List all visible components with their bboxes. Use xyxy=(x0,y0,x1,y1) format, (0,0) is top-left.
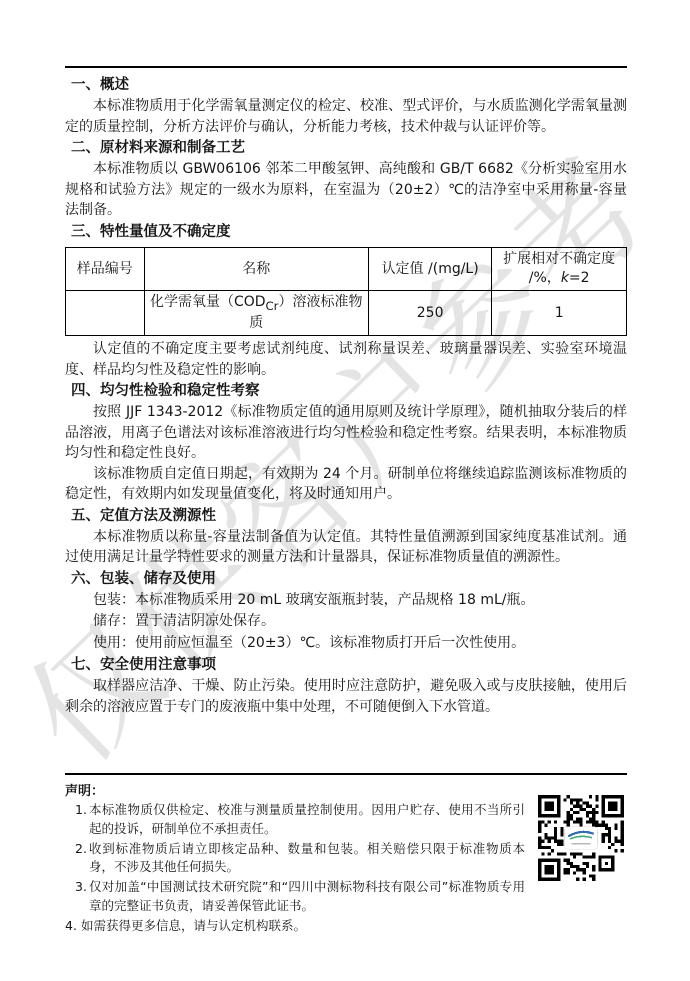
header-uncertainty-line1: 扩展相对不确定度 xyxy=(503,251,615,267)
declaration-item-2-text: 收到标准物质后请立即核定品种、数量和包装。相关赔偿只限于标准物质本身，不涉及其他… xyxy=(89,840,525,878)
characteristic-value-table: 样品编号 名称 认定值 /(mg/L) 扩展相对不确定度/%，k=2 化学需氧量… xyxy=(65,247,627,336)
cell-name-sub: Cr xyxy=(266,299,279,313)
declaration-text: 声明： 1. 本标准物质仅供检定、校准与测量质量控制使用。因用户贮存、使用不当所… xyxy=(65,780,525,936)
declaration-item-1-text: 本标准物质仅供检定、校准与测量质量控制使用。因用户贮存、使用不当所引起的投诉，研… xyxy=(89,801,525,839)
header-name: 名称 xyxy=(144,248,368,291)
section-5-paragraph: 本标准物质以称量-容量法制备值为认定值。其特性量值溯源到国家纯度基准试剂。通过使… xyxy=(65,527,627,568)
header-sample-no: 样品编号 xyxy=(66,248,145,291)
section-7-paragraph: 取样器应洁净、干燥、防止污染。使用时应注意防护，避免吸入或与皮肤接触，使用后剩余… xyxy=(65,676,627,717)
table-header-row: 样品编号 名称 认定值 /(mg/L) 扩展相对不确定度/%，k=2 xyxy=(66,248,627,291)
certificate-page: { "watermark": { "text": "仅供客户参考", "colo… xyxy=(0,0,690,981)
section-3-heading: 三、特性量值及不确定度 xyxy=(71,222,627,242)
qr-logo xyxy=(565,827,598,849)
declaration-item-3-number: 3. xyxy=(65,878,89,916)
section-1-paragraph: 本标准物质用于化学需氧量测定仪的检定、校准、型式评价，与水质监测化学需氧量测定的… xyxy=(65,96,627,137)
declaration-item-4-number: 4. xyxy=(65,917,81,936)
header-certified-value: 认定值 /(mg/L) xyxy=(368,248,491,291)
declaration-section: 声明： 1. 本标准物质仅供检定、校准与测量质量控制使用。因用户贮存、使用不当所… xyxy=(65,773,627,936)
section-1-heading: 一、概述 xyxy=(71,75,627,95)
section-6-heading: 六、包装、储存及使用 xyxy=(71,569,627,589)
declaration-item-1-number: 1. xyxy=(65,801,89,839)
section-2-paragraph: 本标准物质以 GBW06106 邻苯二甲酸氢钾、高纯酸和 GB/T 6682《分… xyxy=(65,159,627,220)
qr-code xyxy=(535,792,627,884)
document-body: 一、概述 本标准物质用于化学需氧量测定仪的检定、校准、型式评价，与水质监测化学需… xyxy=(65,66,627,717)
section-4-heading: 四、均匀性检验和稳定性考察 xyxy=(71,381,627,401)
section-4-paragraph-2: 该标准物质自定值日期起，有效期为 24 个月。研制单位将继续追踪监测该标准物质的… xyxy=(65,464,627,505)
cell-name: 化学需氧量（CODCr）溶液标准物质 xyxy=(144,290,368,335)
section-2-heading: 二、原材料来源和制备工艺 xyxy=(71,138,627,158)
declaration-title: 声明： xyxy=(65,780,525,799)
header-uncertainty-k: k xyxy=(561,270,569,286)
declaration-item-4-text: 如需获得更多信息，请与认定机构联系。 xyxy=(81,917,525,936)
section-6-storage: 储存：置于清洁阴凉处保存。 xyxy=(65,611,627,632)
section-5-heading: 五、定值方法及溯源性 xyxy=(71,506,627,526)
cell-uncertainty: 1 xyxy=(492,290,627,335)
header-uncertainty-post: =2 xyxy=(569,270,590,286)
declaration-item-2: 2. 收到标准物质后请立即核定品种、数量和包装。相关赔偿只限于标准物质本身，不涉… xyxy=(65,840,525,878)
declaration-item-2-number: 2. xyxy=(65,840,89,878)
cell-sample-no xyxy=(66,290,145,335)
declaration-item-3: 3. 仅对加盖“中国测试技术研究院”和“四川中测标物科技有限公司”标准物质专用章… xyxy=(65,878,525,916)
declaration-item-3-text: 仅对加盖“中国测试技术研究院”和“四川中测标物科技有限公司”标准物质专用章的完整… xyxy=(89,878,525,916)
section-6-usage: 使用：使用前应恒温至（20±3）℃。该标准物质打开后一次性使用。 xyxy=(65,633,627,654)
declaration-item-1: 1. 本标准物质仅供检定、校准与测量质量控制使用。因用户贮存、使用不当所引起的投… xyxy=(65,801,525,839)
section-3-paragraph: 认定值的不确定度主要考虑试剂纯度、试剂称量误差、玻璃量器误差、实验室环境温度、样… xyxy=(65,339,627,380)
table-data-row: 化学需氧量（CODCr）溶液标准物质 250 1 xyxy=(66,290,627,335)
section-4-paragraph-1: 按照 JJF 1343-2012《标准物质定值的通用原则及统计学原理》，随机抽取… xyxy=(65,402,627,463)
header-uncertainty-pre: /%， xyxy=(529,270,561,286)
qr-code-svg xyxy=(535,792,627,884)
section-6-packaging: 包装：本标准物质采用 20 mL 玻璃安瓿瓶封装，产品规格 18 mL/瓶。 xyxy=(65,590,627,611)
section-7-heading: 七、安全使用注意事项 xyxy=(71,655,627,675)
cell-certified-value: 250 xyxy=(368,290,491,335)
cell-name-pre: 化学需氧量（COD xyxy=(150,294,266,310)
declaration-item-4: 4. 如需获得更多信息，请与认定机构联系。 xyxy=(65,917,525,936)
header-uncertainty: 扩展相对不确定度/%，k=2 xyxy=(492,248,627,291)
